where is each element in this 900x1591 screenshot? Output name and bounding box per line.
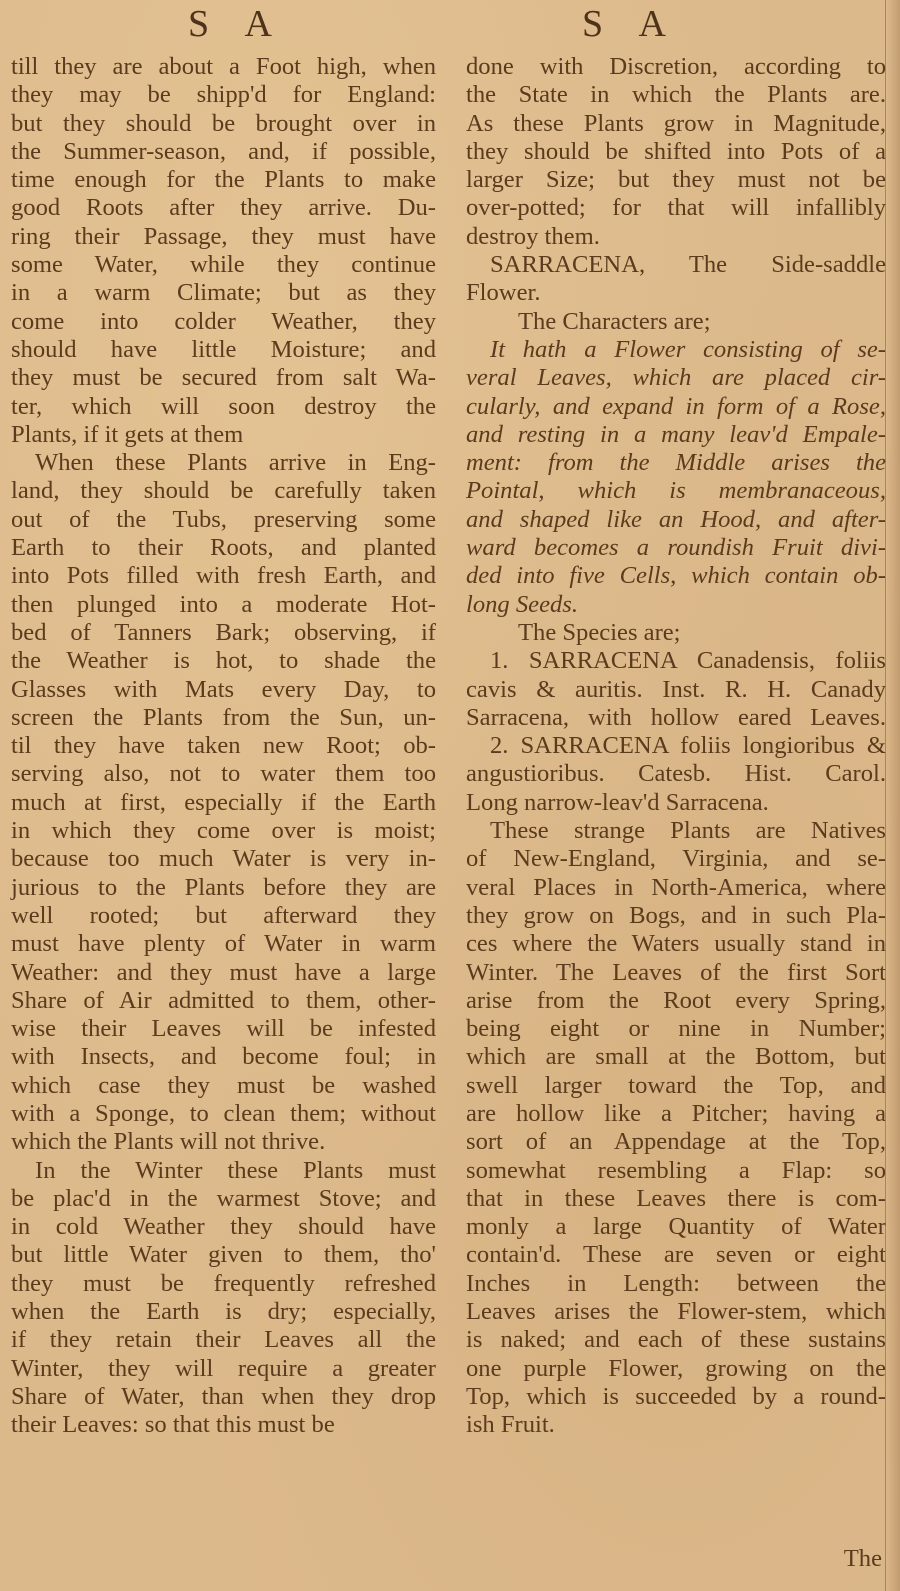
text-line: ward becomes a roundish Fruit divi-: [466, 534, 886, 562]
text-line: of New-England, Virginia, and se-: [466, 845, 886, 873]
text-line: good Roots after they arrive. Du-: [11, 194, 436, 222]
text-line: out of the Tubs, preserving some: [11, 506, 436, 534]
text-line: sort of an Appendage at the Top,: [466, 1128, 886, 1156]
page-edge: [885, 0, 900, 1591]
text-line: with Insects, and become foul; in: [11, 1043, 436, 1071]
text-line: should have little Moisture; and: [11, 336, 436, 364]
text-line: angustioribus. Catesb. Hist. Carol.: [466, 760, 886, 788]
text-line: Winter, they will require a greater: [11, 1355, 436, 1383]
catchword: The: [844, 1545, 882, 1573]
text-line: over-potted; for that will infallibly: [466, 194, 886, 222]
text-line: monly a large Quantity of Water: [466, 1213, 886, 1241]
text-line: which are small at the Bottom, but: [466, 1043, 886, 1071]
text-line: come into colder Weather, they: [11, 308, 436, 336]
text-line: are hollow like a Pitcher; having a: [466, 1100, 886, 1128]
text-line: Glasses with Mats every Day, to: [11, 676, 436, 704]
text-line: long Seeds.: [466, 591, 886, 619]
text-line: because too much Water is very in-: [11, 845, 436, 873]
text-line: into Pots filled with fresh Earth, and: [11, 562, 436, 590]
text-line: Pointal, which is membranaceous,: [466, 477, 886, 505]
text-line: Earth to their Roots, and planted: [11, 534, 436, 562]
text-line: but little Water given to them, tho': [11, 1241, 436, 1269]
text-line: but they should be brought over in: [11, 110, 436, 138]
text-line: Winter. The Leaves of the first Sort: [466, 959, 886, 987]
text-line: till they are about a Foot high, when: [11, 53, 436, 81]
text-line: cularly, and expand in form of a Rose,: [466, 393, 886, 421]
text-line: well rooted; but afterward they: [11, 902, 436, 930]
text-line: larger Size; but they must not be: [466, 166, 886, 194]
text-line: As these Plants grow in Magnitude,: [466, 110, 886, 138]
text-line: when the Earth is dry; especially,: [11, 1298, 436, 1326]
text-line: they should be shifted into Pots of a: [466, 138, 886, 166]
text-line: arise from the Root every Spring,: [466, 987, 886, 1015]
text-line: they must be frequently refreshed: [11, 1270, 436, 1298]
text-line: destroy them.: [466, 223, 886, 251]
text-line: they must be secured from salt Wa-: [11, 364, 436, 392]
text-line: Weather: and they must have a large: [11, 959, 436, 987]
text-line: if they retain their Leaves all the: [11, 1326, 436, 1354]
text-line: ment: from the Middle arises the: [466, 449, 886, 477]
text-line: done with Discretion, according to: [466, 53, 886, 81]
text-line: be plac'd in the warmest Stove; and: [11, 1185, 436, 1213]
text-line: contain'd. These are seven or eight: [466, 1241, 886, 1269]
text-line: with a Sponge, to clean them; without: [11, 1100, 436, 1128]
book-page: S A S A till they are about a Foot high,…: [0, 0, 900, 1591]
text-line: and shaped like an Hood, and after-: [466, 506, 886, 534]
text-line: serving also, not to water them too: [11, 760, 436, 788]
text-line: which the Plants will not thrive.: [11, 1128, 436, 1156]
text-line: jurious to the Plants before they are: [11, 874, 436, 902]
text-line: swell larger toward the Top, and: [466, 1072, 886, 1100]
text-line: ded into five Cells, which contain ob-: [466, 562, 886, 590]
text-line: which case they must be washed: [11, 1072, 436, 1100]
text-line: being eight or nine in Number;: [466, 1015, 886, 1043]
text-line: must have plenty of Water in warm: [11, 930, 436, 958]
text-line: in a warm Climate; but as they: [11, 279, 436, 307]
text-line: The Species are;: [466, 619, 886, 647]
text-line: Share of Air admitted to them, other-: [11, 987, 436, 1015]
text-line: cavis & auritis. Inst. R. H. Canady: [466, 676, 886, 704]
text-line: Plants, if it gets at them: [11, 421, 436, 449]
text-line: veral Leaves, which are placed cir-: [466, 364, 886, 392]
text-line: wise their Leaves will be infested: [11, 1015, 436, 1043]
text-line: and resting in a many leav'd Empale-: [466, 421, 886, 449]
text-line: the Summer-season, and, if possible,: [11, 138, 436, 166]
text-line: in cold Weather they should have: [11, 1213, 436, 1241]
text-line: the State in which the Plants are.: [466, 81, 886, 109]
text-line: their Leaves: so that this must be: [11, 1411, 436, 1439]
text-line: ring their Passage, they must have: [11, 223, 436, 251]
text-line: Inches in Length: between the: [466, 1270, 886, 1298]
text-line: Sarracena, with hollow eared Leaves.: [466, 704, 886, 732]
text-line: in which they come over is moist;: [11, 817, 436, 845]
text-line: veral Places in North-America, where: [466, 874, 886, 902]
text-line: 2. SARRACENA foliis longioribus &: [466, 732, 886, 760]
text-line: Long narrow-leav'd Sarracena.: [466, 789, 886, 817]
text-line: some Water, while they continue: [11, 251, 436, 279]
text-line: they grow on Bogs, and in such Pla-: [466, 902, 886, 930]
text-line: then plunged into a moderate Hot-: [11, 591, 436, 619]
text-line: land, they should be carefully taken: [11, 477, 436, 505]
text-line: they may be shipp'd for England:: [11, 81, 436, 109]
text-line: Leaves arises the Flower-stem, which: [466, 1298, 886, 1326]
running-head-right: S A: [582, 2, 680, 46]
text-line: time enough for the Plants to make: [11, 166, 436, 194]
text-line: much at first, especially if the Earth: [11, 789, 436, 817]
running-head-left: S A: [188, 2, 286, 46]
text-line: bed of Tanners Bark; observing, if: [11, 619, 436, 647]
text-line: When these Plants arrive in Eng-: [11, 449, 436, 477]
text-line: In the Winter these Plants must: [11, 1157, 436, 1185]
text-line: 1. SARRACENA Canadensis, foliis: [466, 647, 886, 675]
text-line: somewhat resembling a Flap: so: [466, 1157, 886, 1185]
text-line: ces where the Waters usually stand in: [466, 930, 886, 958]
text-line: These strange Plants are Natives: [466, 817, 886, 845]
text-line: ish Fruit.: [466, 1411, 886, 1439]
text-line: SARRACENA, The Side-saddle: [466, 251, 886, 279]
text-line: The Characters are;: [466, 308, 886, 336]
text-line: screen the Plants from the Sun, un-: [11, 704, 436, 732]
text-line: Flower.: [466, 279, 886, 307]
text-line: is naked; and each of these sustains: [466, 1326, 886, 1354]
text-line: that in these Leaves there is com-: [466, 1185, 886, 1213]
text-line: Share of Water, than when they drop: [11, 1383, 436, 1411]
text-line: ter, which will soon destroy the: [11, 393, 436, 421]
text-line: It hath a Flower consisting of se-: [466, 336, 886, 364]
text-line: the Weather is hot, to shade the: [11, 647, 436, 675]
text-line: one purple Flower, growing on the: [466, 1355, 886, 1383]
right-column: done with Discretion, according tothe St…: [466, 53, 886, 1440]
left-column: till they are about a Foot high, whenthe…: [11, 53, 436, 1440]
text-line: Top, which is succeeded by a round-: [466, 1383, 886, 1411]
text-line: til they have taken new Root; ob-: [11, 732, 436, 760]
